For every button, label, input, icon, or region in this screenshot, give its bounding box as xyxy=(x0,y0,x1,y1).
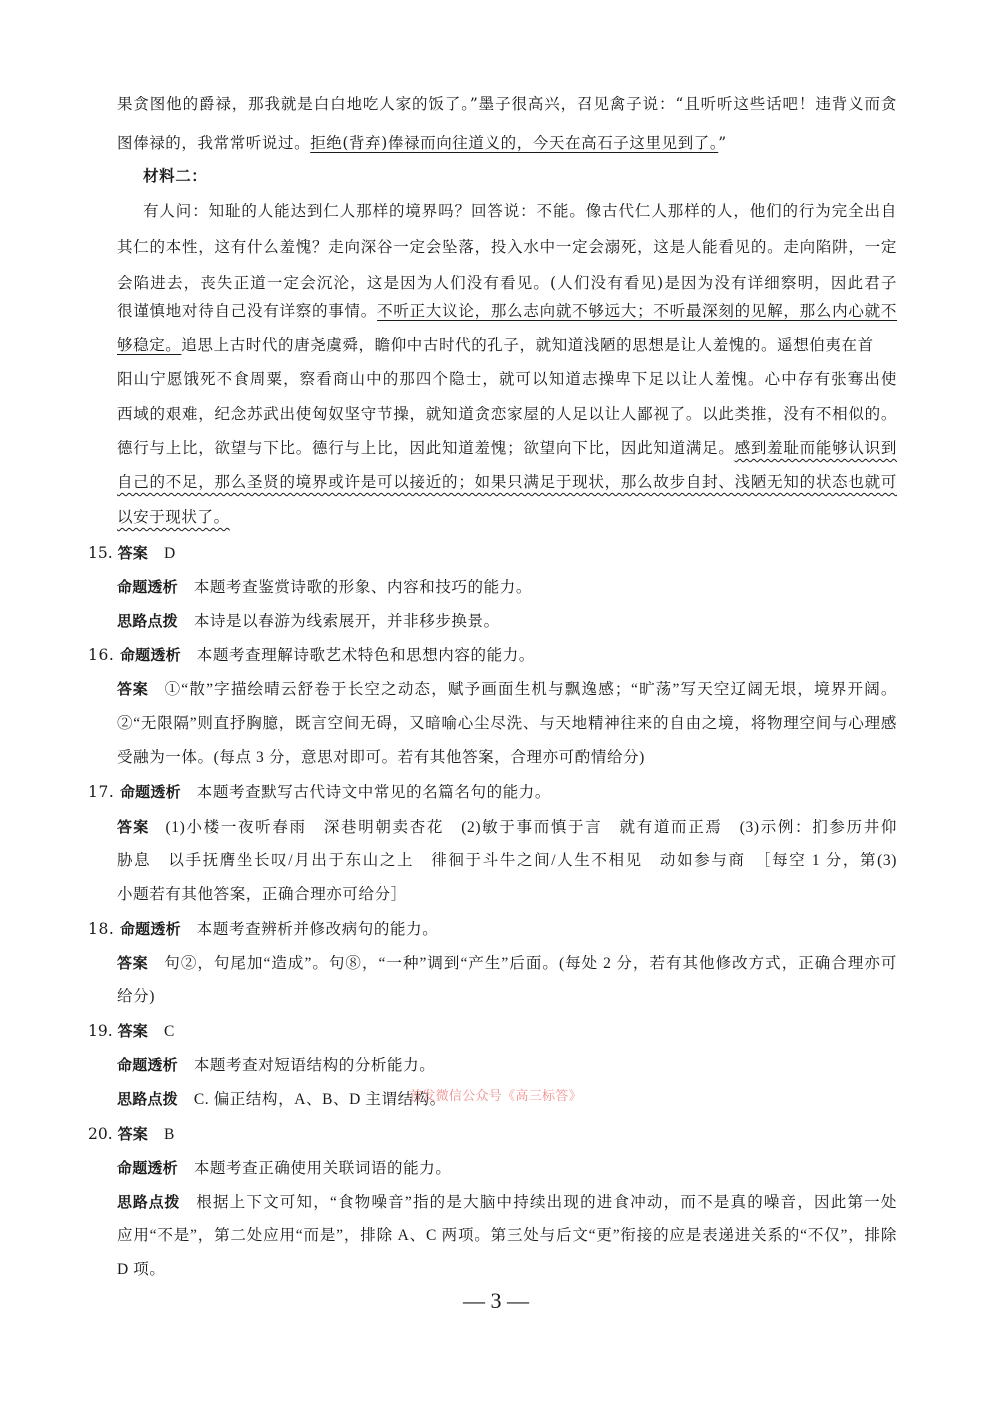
text: 追思上古时代的唐尧虞舜，瞻仰中古时代的孔子，就知道浅陋的思想是让人羞愧的。遥想伯… xyxy=(181,336,873,354)
paragraph-line: 会陷进去，丧失正道一定会沉沦，这是因为人们没有看见。(人们没有看见)是因为没有详… xyxy=(117,273,897,293)
analysis-label: 命题透析 xyxy=(120,646,181,664)
wavy-underlined-text: 感到羞耻而能够认识到 xyxy=(735,439,897,457)
answer-text: 句②，句尾加“造成”。句⑧，“一种”调到“产生”后面。(每处 2 分，若有其他修… xyxy=(164,955,897,972)
text: 德行与上比，欲望与下比。德行与上比，因此知道羞愧；欲望向下比，因此知道满足。 xyxy=(117,439,735,457)
answer-row: 答案句②，句尾加“造成”。句⑧，“一种”调到“产生”后面。(每处 2 分，若有其… xyxy=(117,953,897,974)
paragraph-line: 德行与上比，欲望与下比。德行与上比，因此知道羞愧；欲望向下比，因此知道满足。感到… xyxy=(117,438,897,458)
text: 果贪图他的爵禄，那我就是白白地吃人家的饭了。”墨子很高兴，召见禽子说：“且听听这… xyxy=(117,95,897,113)
analysis-label: 命题透析 xyxy=(117,1159,178,1177)
answer-text: (1)小楼一夜听春雨 深巷明朝卖杏花 (2)敏于事而慎于言 就有道而正焉 (3)… xyxy=(166,819,897,836)
paragraph-line: 图俸禄的，我常常听说过。拒绝(背弃)俸禄而向往道义的，今天在高石子这里见到了。” xyxy=(117,133,727,153)
answer-value: C xyxy=(164,1023,174,1040)
analysis-label: 命题透析 xyxy=(120,920,181,938)
wavy-underlined-text: 自己的不足，那么圣贤的境界或许是可以接近的；如果只满足于现状，那么故步自封、浅陋… xyxy=(117,472,897,492)
answer-line: 小题若有其他答案，正确合理亦可给分］ xyxy=(117,885,407,905)
paragraph-line: 够稳定。追思上古时代的唐尧虞舜，瞻仰中古时代的孔子，就知道浅陋的思想是让人羞愧的… xyxy=(117,335,874,355)
answer-row: 答案①“散”字描绘晴云舒卷于长空之动态，赋予画面生机与飘逸感；“旷荡”写天空辽阔… xyxy=(117,679,897,700)
analysis-text: 本题考查默写古代诗文中常见的名篇名句的能力。 xyxy=(197,783,551,801)
tips-row: 思路点拨本诗是以春游为线索展开，并非移步换景。 xyxy=(117,611,500,632)
question-19: 19. 答案C xyxy=(88,1021,174,1042)
text: 很谨慎地对待自己没有详察的事情。 xyxy=(117,302,377,320)
analysis-row: 命题透析本题考查正确使用关联词语的能力。 xyxy=(117,1158,451,1178)
section-heading: 材料二： xyxy=(143,166,207,186)
analysis-label: 命题透析 xyxy=(120,783,181,801)
question-17: 17. 命题透析本题考查默写古代诗文中常见的名篇名句的能力。 xyxy=(88,782,551,802)
question-18: 18. 命题透析本题考查辨析并修改病句的能力。 xyxy=(88,919,438,939)
watermark: 首发微信公众号《高三标答》 xyxy=(409,1085,582,1104)
answer-label: 答案 xyxy=(118,1125,148,1143)
analysis-row: 命题透析本题考查对短语结构的分析能力。 xyxy=(117,1055,435,1075)
answer-label: 答案 xyxy=(118,544,148,562)
answer-line: 给分) xyxy=(117,987,155,1007)
tips-line: D 项。 xyxy=(117,1260,165,1280)
analysis-row: 命题透析本题考查鉴赏诗歌的形象、内容和技巧的能力。 xyxy=(117,577,532,597)
answer-line: 受融为一体。(每点 3 分，意思对即可。若有其他答案，合理亦可酌情给分) xyxy=(117,748,645,768)
answer-label: 答案 xyxy=(117,954,148,972)
answer-value: D xyxy=(164,545,175,562)
question-number: 18. xyxy=(88,920,114,938)
tips-line: 应用“不是”，第二处应用“而是”，排除 A、C 两项。第三处与后文“更”衔接的应… xyxy=(117,1226,897,1246)
answer-line: 胁息 以手抚膺坐长叹/月出于东山之上 徘徊于斗牛之间/人生不相见 动如参与商 ［… xyxy=(117,851,897,871)
tips-row: 思路点拨C. 偏正结构，A、B、D 主谓结构。 xyxy=(117,1089,446,1110)
tips-text: 本诗是以春游为线索展开，并非移步换景。 xyxy=(194,613,500,630)
tips-label: 思路点拨 xyxy=(117,1193,180,1211)
question-number: 20. xyxy=(88,1125,113,1143)
answer-label: 答案 xyxy=(118,1022,148,1040)
question-number: 17. xyxy=(88,783,114,801)
paragraph-line: 西域的艰难，纪念苏武出使匈奴坚守节操，就知道贪恋家屋的人足以让人鄙视了。以此类推… xyxy=(117,404,897,424)
question-number: 16. xyxy=(88,646,114,664)
paragraph-line: 有人问：知耻的人能达到仁人那样的境界吗？回答说：不能。像古代仁人那样的人，他们的… xyxy=(143,201,897,221)
underlined-translation: 够稳定。 xyxy=(117,336,181,354)
analysis-text: 本题考查对短语结构的分析能力。 xyxy=(194,1056,436,1074)
analysis-text: 本题考查正确使用关联词语的能力。 xyxy=(194,1159,452,1177)
tips-label: 思路点拨 xyxy=(117,1090,178,1108)
analysis-label: 命题透析 xyxy=(117,578,178,596)
paragraph-line: 其仁的本性，这有什么羞愧？走向深谷一定会坠落，投入水中一定会溺死，这是人能看见的… xyxy=(117,237,897,257)
tips-label: 思路点拨 xyxy=(117,612,178,630)
question-20: 20. 答案B xyxy=(88,1124,174,1145)
question-15: 15. 答案D xyxy=(88,543,175,564)
analysis-label: 命题透析 xyxy=(117,1056,178,1074)
tips-row: 思路点拨根据上下文可知，“食物噪音”指的是大脑中持续出现的进食冲动，而不是真的噪… xyxy=(117,1192,897,1213)
answer-text: ①“散”字描绘晴云舒卷于长空之动态，赋予画面生机与飘逸感；“旷荡”写天空辽阔无垠… xyxy=(165,681,897,698)
text: 图俸禄的，我常常听说过。 xyxy=(117,134,310,152)
wavy-underlined-text: 以安于现状了。 xyxy=(117,507,230,527)
answer-line: ②“无限隔”则直抒胸臆，既言空间无碍，又暗喻心尘尽洗、与天地精神往来的自由之境，… xyxy=(117,714,897,734)
question-16: 16. 命题透析本题考查理解诗歌艺术特色和思想内容的能力。 xyxy=(88,645,535,665)
analysis-text: 本题考查鉴赏诗歌的形象、内容和技巧的能力。 xyxy=(194,578,532,596)
analysis-text: 本题考查辨析并修改病句的能力。 xyxy=(197,920,439,938)
answer-label: 答案 xyxy=(117,818,150,836)
answer-label: 答案 xyxy=(117,680,149,698)
page-number: — 3 — xyxy=(0,1288,992,1314)
question-number: 15. xyxy=(88,544,113,562)
answer-value: B xyxy=(164,1126,174,1143)
question-number: 19. xyxy=(88,1022,113,1040)
paragraph-line: 果贪图他的爵禄，那我就是白白地吃人家的饭了。”墨子很高兴，召见禽子说：“且听听这… xyxy=(117,94,897,114)
paragraph-line: 阳山宁愿饿死不食周粟，察看商山中的那四个隐士，就可以知道志操卑下足以让人羞愧。心… xyxy=(117,369,897,389)
tips-text: 根据上下文可知，“食物噪音”指的是大脑中持续出现的进食冲动，而不是真的噪音，因此… xyxy=(196,1194,897,1211)
underlined-translation: 不听正大议论，那么志向就不够远大；不听最深刻的见解，那么内心就不 xyxy=(377,302,897,320)
text: ” xyxy=(718,134,727,152)
answer-row: 答案(1)小楼一夜听春雨 深巷明朝卖杏花 (2)敏于事而慎于言 就有道而正焉 (… xyxy=(117,817,897,838)
underlined-translation: 拒绝(背弃)俸禄而向往道义的，今天在高石子这里见到了。 xyxy=(310,134,718,152)
analysis-text: 本题考查理解诗歌艺术特色和思想内容的能力。 xyxy=(197,646,535,664)
paragraph-line: 很谨慎地对待自己没有详察的事情。不听正大议论，那么志向就不够远大；不听最深刻的见… xyxy=(117,301,897,321)
